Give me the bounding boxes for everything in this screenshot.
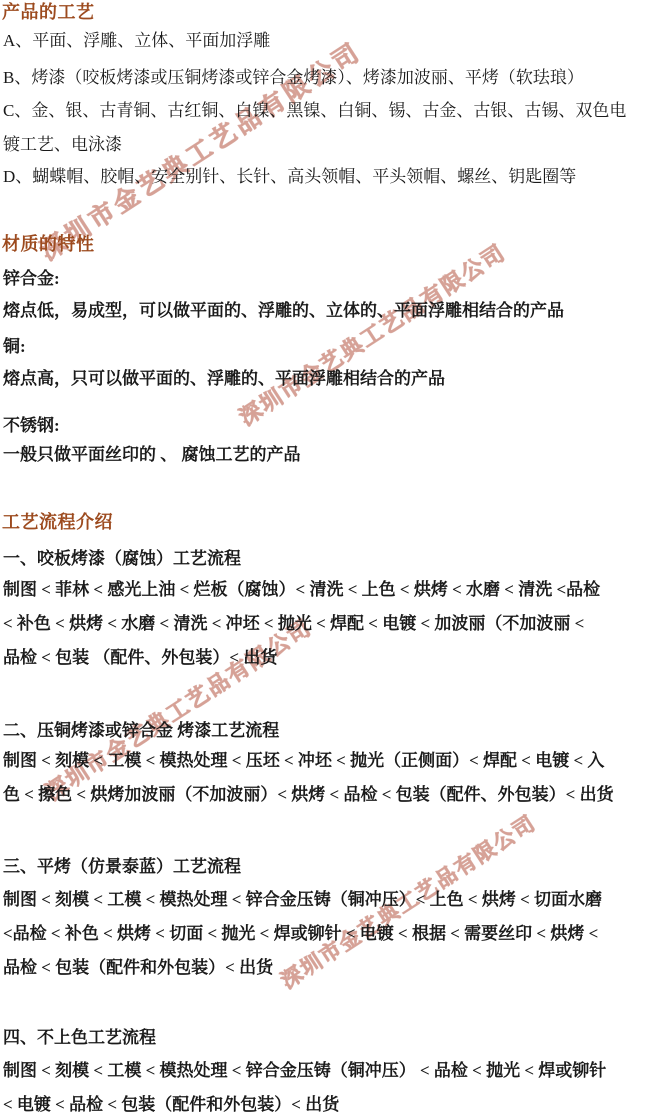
document-page: 深圳市金艺典工艺品有限公司 深圳市金艺典工艺品有限公司 深圳市金艺典工艺品有限公… [0, 0, 650, 1120]
flow2-steps: 制图 < 刻模 < 工模 < 模热处理 < 压坯 < 冲坯 < 抛光（正侧面）<… [3, 744, 650, 812]
flow2-title: 二、压铜烤漆或锌合金 烤漆工艺流程 [3, 714, 650, 748]
flow4-steps: 制图 < 刻模 < 工模 < 模热处理 < 锌合金压铸（铜冲压） < 品检 < … [3, 1054, 650, 1120]
product-craft-item-a: A、平面、浮雕、立体、平面加浮雕 [3, 24, 650, 58]
flow4-title: 四、不上色工艺流程 [3, 1021, 650, 1055]
product-craft-item-c: C、金、银、古青铜、古红铜、白镍、黑镍、白铜、锡、古金、古银、古锡、双色电 镀工… [3, 94, 650, 162]
product-craft-item-d: D、蝴蝶帽、胶帽、安全别针、长针、高头领帽、平头领帽、螺丝、钥匙圈等 [3, 160, 650, 194]
section-heading-material-properties: 材质的特性 [2, 234, 95, 254]
flow1-steps: 制图 < 菲林 < 感光上油 < 烂板（腐蚀）< 清洗 < 上色 < 烘烤 < … [3, 573, 650, 675]
section-heading-product-craft: 产品的工艺 [2, 2, 95, 22]
material-copper-label: 铜: [3, 330, 650, 364]
flow3-steps: 制图 < 刻模 < 工模 < 模热处理 < 锌合金压铸（铜冲压）< 上色 < 烘… [3, 883, 650, 985]
material-zinc-alloy-label: 锌合金: [3, 262, 650, 296]
material-stainless-description: 一般只做平面丝印的 、 腐蚀工艺的产品 [3, 438, 650, 472]
flow1-title: 一、咬板烤漆（腐蚀）工艺流程 [3, 542, 650, 576]
material-zinc-alloy-description: 熔点低，易成型，可以做平面的、浮雕的、立体的、平面浮雕相结合的产品 [3, 294, 650, 328]
section-heading-process-flows: 工艺流程介绍 [2, 512, 113, 532]
material-copper-description: 熔点高，只可以做平面的、浮雕的、平面浮雕相结合的产品 [3, 362, 650, 396]
product-craft-item-b: B、烤漆（咬板烤漆或压铜烤漆或锌合金烤漆）、烤漆加波丽、平烤（软珐琅） [3, 61, 650, 95]
flow3-title: 三、平烤（仿景泰蓝）工艺流程 [3, 850, 650, 884]
